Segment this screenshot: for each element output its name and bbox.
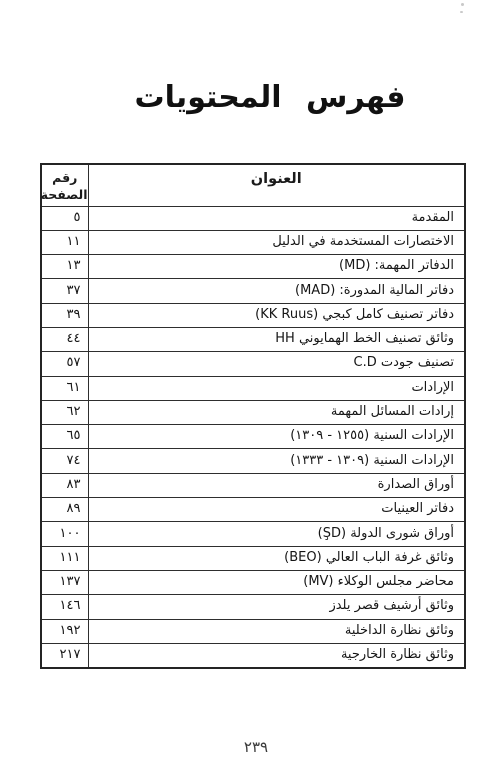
table-row: وثائق أرشيف قصر يلدز١٤٦ [41,595,465,619]
entry-page-number-cell: ٥ [41,206,88,230]
page-number-header-line2: الصفحة [41,187,88,202]
page-number-header-line1: رقم [52,170,77,185]
table-row: دفاتر تصنيف كامل كبجي (KK Ruus)٣٩ [41,303,465,327]
entry-title-cell: محاضر مجلس الوكلاء (MV) [88,570,465,594]
table-row: وثائق نظارة الداخلية١٩٢ [41,619,465,643]
table-row: الاختصارات المستخدمة في الدليل١١ [41,230,465,254]
entry-page-number-cell: ٢١٧ [41,643,88,667]
table-header-row: العنوان رقم الصفحة [41,164,465,206]
entry-title-cell: تصنيف جودت C.D [88,352,465,376]
entry-page-number-cell: ١١١ [41,546,88,570]
entry-title-cell: إرادات المسائل المهمة [88,400,465,424]
entry-title-cell: دفاتر تصنيف كامل كبجي (KK Ruus) [88,303,465,327]
entry-title-cell: وثائق تصنيف الخط الهمايوني HH [88,327,465,351]
page-number-footer: ٢٣٩ [0,738,500,756]
table-row: الإرادات السنية (١٣٠٩ - ١٣٣٣)٧٤ [41,449,465,473]
entry-page-number-cell: ٣٩ [41,303,88,327]
entry-page-number-cell: ١٠٠ [41,522,88,546]
entry-title-cell: أوراق شورى الدولة (ŞD) [88,522,465,546]
entry-title-cell: الإرادات السنية (١٢٥٥ - ١٣٠٩) [88,425,465,449]
entry-title-cell: وثائق نظارة الداخلية [88,619,465,643]
toc-table-body: المقدمة٥الاختصارات المستخدمة في الدليل١١… [41,206,465,668]
table-row: دفاتر المالية المدورة: (MAD)٣٧ [41,279,465,303]
table-row: أوراق شورى الدولة (ŞD)١٠٠ [41,522,465,546]
entry-page-number-cell: ٤٤ [41,327,88,351]
entry-title-cell: أوراق الصدارة [88,473,465,497]
entry-title-cell: وثائق أرشيف قصر يلدز [88,595,465,619]
page-number-column-header: رقم الصفحة [41,164,88,206]
table-row: دفاتر العينيات٨٩ [41,498,465,522]
table-row: الدفاتر المهمة: (MD)١٣ [41,255,465,279]
entry-title-cell: وثائق غرفة الباب العالي (BEO) [88,546,465,570]
entry-title-cell: دفاتر المالية المدورة: (MAD) [88,279,465,303]
entry-page-number-cell: ١١ [41,230,88,254]
entry-title-cell: وثائق نظارة الخارجية [88,643,465,667]
entry-page-number-cell: ٦١ [41,376,88,400]
page-title: فهرس المحتويات [0,80,500,115]
entry-title-cell: المقدمة [88,206,465,230]
table-row: تصنيف جودت C.D٥٧ [41,352,465,376]
table-row: وثائق نظارة الخارجية٢١٧ [41,643,465,667]
table-row: وثائق غرفة الباب العالي (BEO)١١١ [41,546,465,570]
table-row: إرادات المسائل المهمة٦٢ [41,400,465,424]
table-row: المقدمة٥ [41,206,465,230]
table-row: وثائق تصنيف الخط الهمايوني HH٤٤ [41,327,465,351]
entry-page-number-cell: ١٣٧ [41,570,88,594]
entry-title-cell: الإرادات [88,376,465,400]
entry-title-cell: الاختصارات المستخدمة في الدليل [88,230,465,254]
scan-artifact [461,3,464,6]
entry-title-cell: الدفاتر المهمة: (MD) [88,255,465,279]
table-row: محاضر مجلس الوكلاء (MV)١٣٧ [41,570,465,594]
toc-table: العنوان رقم الصفحة المقدمة٥الاختصارات ال… [40,163,466,669]
entry-page-number-cell: ٥٧ [41,352,88,376]
table-row: الإرادات السنية (١٢٥٥ - ١٣٠٩)٦٥ [41,425,465,449]
entry-page-number-cell: ٣٧ [41,279,88,303]
entry-page-number-cell: ٦٢ [41,400,88,424]
title-column-header: العنوان [88,164,465,206]
entry-page-number-cell: ١٣ [41,255,88,279]
entry-page-number-cell: ١٩٢ [41,619,88,643]
entry-page-number-cell: ٧٤ [41,449,88,473]
table-row: الإرادات٦١ [41,376,465,400]
scan-artifact [460,11,463,13]
table-row: أوراق الصدارة٨٣ [41,473,465,497]
entry-page-number-cell: ٨٩ [41,498,88,522]
entry-page-number-cell: ١٤٦ [41,595,88,619]
document-page: فهرس المحتويات العنوان رقم الصفحة المقدم… [0,0,500,779]
entry-title-cell: الإرادات السنية (١٣٠٩ - ١٣٣٣) [88,449,465,473]
entry-page-number-cell: ٦٥ [41,425,88,449]
entry-page-number-cell: ٨٣ [41,473,88,497]
entry-title-cell: دفاتر العينيات [88,498,465,522]
